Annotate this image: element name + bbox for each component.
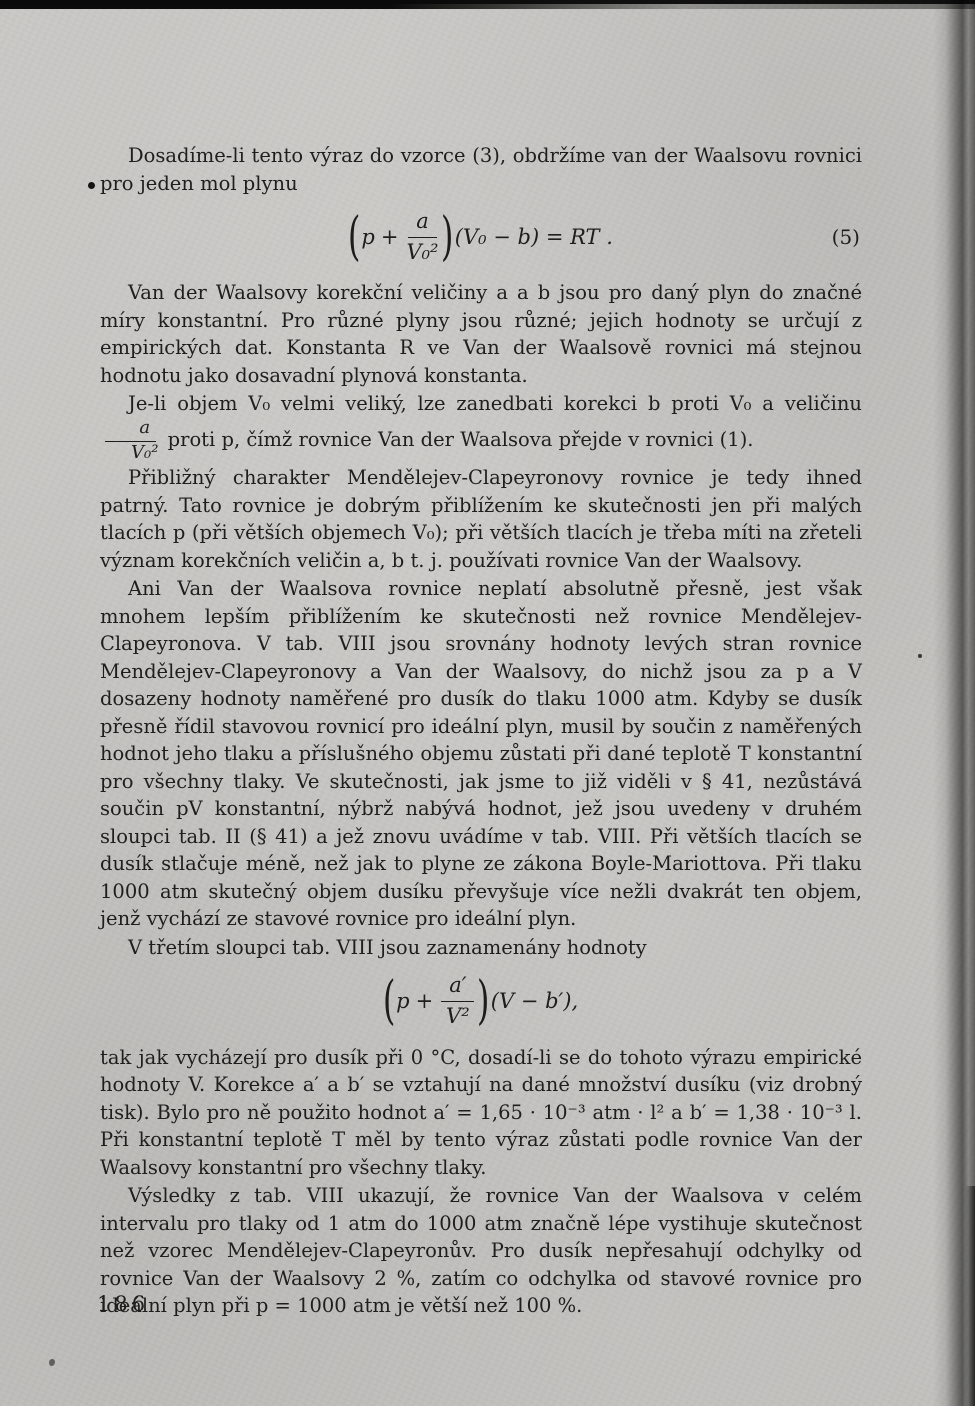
eq2-right-side: (V − b′), [491,989,578,1014]
ink-mark [88,182,95,189]
page-number: 186 [97,1292,149,1316]
paragraph-constants: Van der Waalsovy korekční veličiny a a b… [100,279,862,389]
left-paren: ( [348,214,361,261]
eq2-plus-sign: + [416,989,434,1014]
paragraph-nitrogen-values: tak jak vycházejí pro dusík při 0 °C, do… [100,1044,862,1182]
equation-5: (p+aV₀²)(V₀ − b) = RT . (5) [100,209,862,265]
eq5-fraction: aV₀² [406,209,438,265]
right-paren: ) [477,978,490,1025]
ink-speck [49,1359,55,1366]
eq5-var-p: p [361,225,374,250]
eq2-fraction-denominator: V² [446,1002,470,1029]
paragraph-third-column: V třetím sloupci tab. VIII jsou zaznamen… [100,934,862,962]
inline-fraction: aV₀² [103,418,158,463]
left-paren: ( [383,978,396,1025]
inline-fraction-numerator: a [105,418,156,442]
paragraph-results: Výsledky z tab. VIII ukazují, že rovnice… [100,1182,862,1320]
paragraph-comparison: Ani Van der Waalsova rovnice neplatí abs… [100,575,862,933]
equation-number: (5) [832,225,860,249]
scan-bottom-right-edge [965,1186,975,1406]
equation-unnumbered: (p+a′V²)(V − b′), [100,973,862,1029]
body-text: Dosadíme-li tento výraz do vzorce (3), o… [100,142,862,1320]
paragraph-limit-case-start: Je-li objem V₀ velmi veliký, lze zanedba… [128,392,862,415]
eq5-right-side: (V₀ − b) = RT . [455,225,613,250]
scanned-book-page: Dosadíme-li tento výraz do vzorce (3), o… [0,0,975,1406]
scan-top-edge [0,0,975,9]
right-paren: ) [441,214,454,261]
paragraph-limit-case-end: proti p, čímž rovnice Van der Waalsova p… [168,428,754,451]
eq5-fraction-numerator: a [408,209,437,238]
eq2-fraction: a′V² [441,973,474,1029]
paragraph-limit-case: Je-li objem V₀ velmi veliký, lze zanedba… [100,390,862,463]
eq2-fraction-numerator: a′ [441,973,474,1002]
ink-speck [918,654,922,658]
eq5-plus-sign: + [381,225,399,250]
eq5-fraction-denominator: V₀² [406,238,438,265]
inline-fraction-denominator: V₀² [103,442,158,464]
eq2-var-p: p [396,989,409,1014]
paragraph-intro: Dosadíme-li tento výraz do vzorce (3), o… [100,142,862,197]
paragraph-approx-character: Přibližný charakter Mendělejev-Clapeyron… [100,464,862,574]
